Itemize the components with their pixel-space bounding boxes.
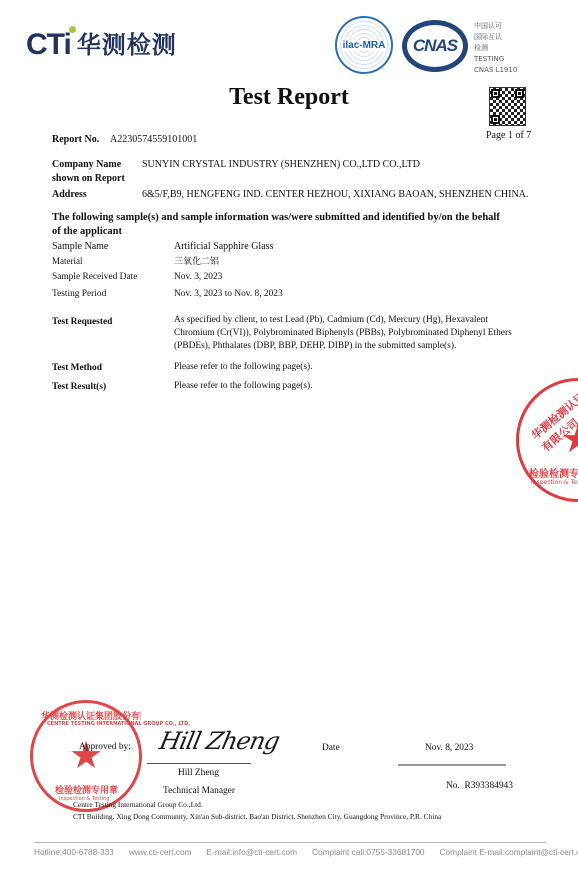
serial-number: No. R393384943 bbox=[446, 781, 513, 791]
footer-divider bbox=[34, 842, 546, 843]
cnas-text-line: CNAS L1910 bbox=[474, 65, 517, 76]
cti-logo-dot-icon bbox=[69, 26, 76, 33]
contact-footer: Hotline:400-6788-333 www.cti-cert.com E-… bbox=[34, 847, 554, 857]
cnas-label: CNAS bbox=[411, 36, 459, 56]
email-link[interactable]: E-mail:info@cti-cert.com bbox=[207, 847, 297, 857]
address-value: 6&5/F,B9, HENGFENG IND. CENTER HEZHOU, X… bbox=[142, 189, 528, 200]
signature-line bbox=[147, 763, 251, 764]
cnas-accreditation-text: 中国认可 国际互认 检测 TESTING CNAS L1910 bbox=[474, 21, 517, 76]
testing-period-label: Testing Period bbox=[52, 289, 106, 299]
date-line bbox=[398, 764, 506, 766]
signer-name: Hill Zheng bbox=[178, 768, 219, 778]
hotline: Hotline:400-6788-333 bbox=[34, 847, 114, 857]
material-value: 三氧化二铝 bbox=[174, 254, 219, 267]
sample-received-date-value: Nov. 3, 2023 bbox=[174, 272, 222, 282]
seal-bottom-text: 检验检测专用章 bbox=[529, 465, 578, 480]
company-footer-name: Centre Testing International Group Co.,L… bbox=[73, 800, 203, 809]
sample-received-date-label: Sample Received Date bbox=[52, 272, 137, 282]
cti-logo-chinese: 华测检测 bbox=[77, 30, 177, 60]
date-value: Nov. 8, 2023 bbox=[425, 743, 473, 753]
complaint-call: Complaint call:0755-33681700 bbox=[312, 847, 425, 857]
address-label: Address bbox=[52, 189, 87, 200]
cnas-logo-icon: CNAS bbox=[402, 20, 468, 72]
signature: Hill Zheng bbox=[157, 727, 282, 755]
report-no-value: A2230574559101001 bbox=[110, 134, 197, 145]
test-requested-label: Test Requested bbox=[52, 317, 112, 327]
sample-name-value: Artificial Sapphire Glass bbox=[174, 241, 273, 252]
company-name-label: Company Name bbox=[52, 159, 121, 170]
seal-bottom-english: Inspection & Testing bbox=[531, 479, 578, 486]
complaint-email-link[interactable]: Complaint E-mail:complaint@cti-cert.com bbox=[440, 847, 578, 857]
cti-logo: CTi 华测检测 bbox=[26, 30, 177, 60]
test-method-label: Test Method bbox=[52, 363, 102, 373]
ilac-label: ilac-MRA bbox=[342, 40, 387, 51]
sample-section-heading: The following sample(s) and sample infor… bbox=[52, 211, 502, 239]
cnas-text-line: 中国认可 bbox=[474, 21, 517, 32]
test-requested-value: As specified by client, to test Lead (Pb… bbox=[174, 314, 514, 353]
material-label: Material bbox=[52, 256, 83, 266]
testing-period-value: Nov. 3, 2023 to Nov. 8, 2023 bbox=[174, 289, 283, 299]
seal-bottom-text: 检验检测专用章 bbox=[55, 783, 118, 796]
sample-name-label: Sample Name bbox=[52, 241, 108, 252]
report-no-label: Report No. bbox=[52, 134, 99, 145]
date-label: Date bbox=[322, 743, 340, 753]
company-name-label-line2: shown on Report bbox=[52, 173, 125, 184]
company-footer-address: CTI Building, Xing Dong Community, Xin'a… bbox=[73, 812, 441, 821]
website-link[interactable]: www.cti-cert.com bbox=[129, 847, 192, 857]
test-results-value: Please refer to the following page(s). bbox=[174, 381, 313, 391]
ilac-mra-logo-icon: ilac-MRA bbox=[335, 16, 393, 74]
cti-logo-latin: CTi bbox=[26, 30, 71, 60]
signer-title: Technical Manager bbox=[163, 786, 235, 796]
approved-by-label: Approved by: bbox=[79, 742, 131, 752]
inspection-seal-right: ★ 华测检测认证集团股份有限公司 检验检测专用章 Inspection & Te… bbox=[516, 378, 578, 502]
test-results-label: Test Result(s) bbox=[52, 382, 106, 392]
qr-code-icon[interactable] bbox=[489, 87, 526, 126]
inspection-seal: ★ 华测检测认证集团股份有限公司 CENTRE TESTING INTERNAT… bbox=[30, 700, 142, 812]
cnas-text-line: TESTING bbox=[474, 54, 517, 65]
cnas-text-line: 国际互认 bbox=[474, 32, 517, 43]
test-method-value: Please refer to the following page(s). bbox=[174, 362, 313, 372]
cnas-text-line: 检测 bbox=[474, 43, 517, 54]
company-name-value: SUNYIN CRYSTAL INDUSTRY (SHENZHEN) CO.,L… bbox=[142, 159, 420, 170]
page-indicator: Page 1 of 7 bbox=[486, 130, 531, 141]
